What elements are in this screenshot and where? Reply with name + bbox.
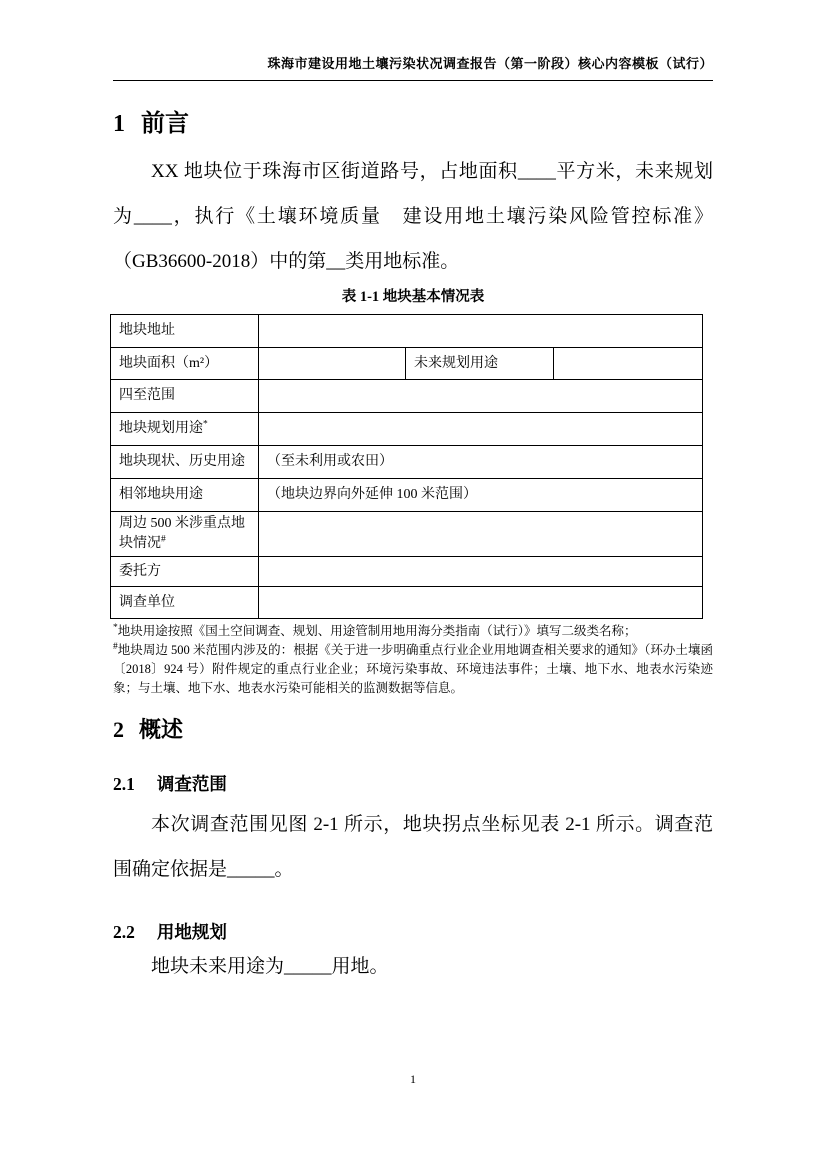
section-2-2-heading: 2.2用地规划 [113, 920, 713, 944]
table-row: 地块规划用途* [111, 413, 703, 446]
footnote-star-text: 地块用途按照《国土空间调查、规划、用途管制用地用海分类指南（试行）》填写二级类名… [118, 624, 637, 638]
table-row: 地块面积（m²） 未来规划用途 [111, 348, 703, 380]
section-1-title: 前言 [141, 110, 189, 137]
cell-survey-unit-value [259, 587, 703, 619]
row-label-boundaries: 四至范围 [111, 380, 259, 413]
section-2-2-title: 用地规划 [157, 922, 227, 942]
scope-paragraph: 本次调查范围见图 2-1 所示，地块拐点坐标见表 2-1 所示。调查范 围确定依… [113, 802, 713, 892]
table-row: 四至范围 [111, 380, 703, 413]
row-label-key-sites-500m: 周边 500 米涉重点地块情况# [111, 512, 259, 557]
row-label-client: 委托方 [111, 557, 259, 587]
row-label-adjacent-use: 相邻地块用途 [111, 479, 259, 512]
section-2-2-number: 2.2 [113, 922, 135, 942]
table-row: 调查单位 [111, 587, 703, 619]
row-label-address: 地块地址 [111, 315, 259, 348]
basic-info-table: 地块地址 地块面积（m²） 未来规划用途 四至范围 地块规划用途* 地块现状、历… [110, 314, 703, 619]
section-2-1-number: 2.1 [113, 774, 135, 794]
section-2-1-heading: 2.1调查范围 [113, 772, 713, 796]
row-label-future-use: 未来规划用途 [406, 348, 554, 380]
row-label-current-history-use: 地块现状、历史用途 [111, 446, 259, 479]
footnote-hash: #地块周边 500 米范围内涉及的：根据《关于进一步明确重点行业企业用地调查相关… [113, 641, 713, 698]
section-2-number: 2 [113, 717, 124, 742]
footnote-star: *地块用途按照《国土空间调查、规划、用途管制用地用海分类指南（试行）》填写二级类… [113, 622, 713, 641]
cell-future-use-value [554, 348, 703, 380]
cell-key-sites-value [259, 512, 703, 557]
row-label-area: 地块面积（m²） [111, 348, 259, 380]
section-2-heading: 2概述 [113, 716, 713, 744]
table-footnotes: *地块用途按照《国土空间调查、规划、用途管制用地用海分类指南（试行）》填写二级类… [113, 622, 713, 698]
intro-line-3: （GB36600-2018）中的第__类用地标准。 [113, 239, 713, 284]
cell-address-value [259, 315, 703, 348]
scope-line-2: 围确定依据是_____。 [113, 847, 713, 892]
cell-planned-use-value [259, 413, 703, 446]
section-1-number: 1 [113, 111, 125, 137]
page-header: 珠海市建设用地土壤污染状况调查报告（第一阶段）核心内容模板（试行） [113, 56, 713, 81]
table-row: 相邻地块用途 （地块边界向外延伸 100 米范围） [111, 479, 703, 512]
document-page: 珠海市建设用地土壤污染状况调查报告（第一阶段）核心内容模板（试行） 1前言 XX… [0, 0, 826, 1169]
page-number: 1 [0, 1072, 826, 1087]
section-2-1-title: 调查范围 [157, 774, 227, 794]
row-label-survey-unit: 调查单位 [111, 587, 259, 619]
cell-client-value [259, 557, 703, 587]
cell-boundaries-value [259, 380, 703, 413]
section-2-title: 概述 [139, 717, 183, 742]
planning-paragraph: 地块未来用途为_____用地。 [113, 946, 713, 988]
running-header-title: 珠海市建设用地土壤污染状况调查报告（第一阶段）核心内容模板（试行） [113, 56, 713, 72]
section-1-heading: 1前言 [113, 109, 713, 139]
intro-line-2: 为____，执行《土壤环境质量 建设用地土壤污染风险管控标准》 [113, 194, 713, 239]
footnote-hash-text: 地块周边 500 米范围内涉及的：根据《关于进一步明确重点行业企业用地调查相关要… [113, 643, 713, 695]
intro-paragraph: XX 地块位于珠海市区街道路号，占地面积____平方米，未来规划 为____，执… [113, 149, 713, 284]
table-row: 地块现状、历史用途 （至未利用或农田） [111, 446, 703, 479]
cell-area-value [259, 348, 406, 380]
table-1-1-title: 表 1-1 地块基本情况表 [113, 288, 713, 306]
footnote-marker-hash: # [161, 534, 166, 544]
row-label-planned-use: 地块规划用途* [111, 413, 259, 446]
table-row: 委托方 [111, 557, 703, 587]
scope-line-1: 本次调查范围见图 2-1 所示，地块拐点坐标见表 2-1 所示。调查范 [113, 802, 713, 847]
table-row: 地块地址 [111, 315, 703, 348]
footnote-marker-star: * [203, 419, 208, 429]
intro-line-1: XX 地块位于珠海市区街道路号，占地面积____平方米，未来规划 [113, 149, 713, 194]
cell-adjacent-use-value: （地块边界向外延伸 100 米范围） [259, 479, 703, 512]
cell-current-history-value: （至未利用或农田） [259, 446, 703, 479]
planning-line-1: 地块未来用途为_____用地。 [113, 946, 713, 988]
table-row: 周边 500 米涉重点地块情况# [111, 512, 703, 557]
